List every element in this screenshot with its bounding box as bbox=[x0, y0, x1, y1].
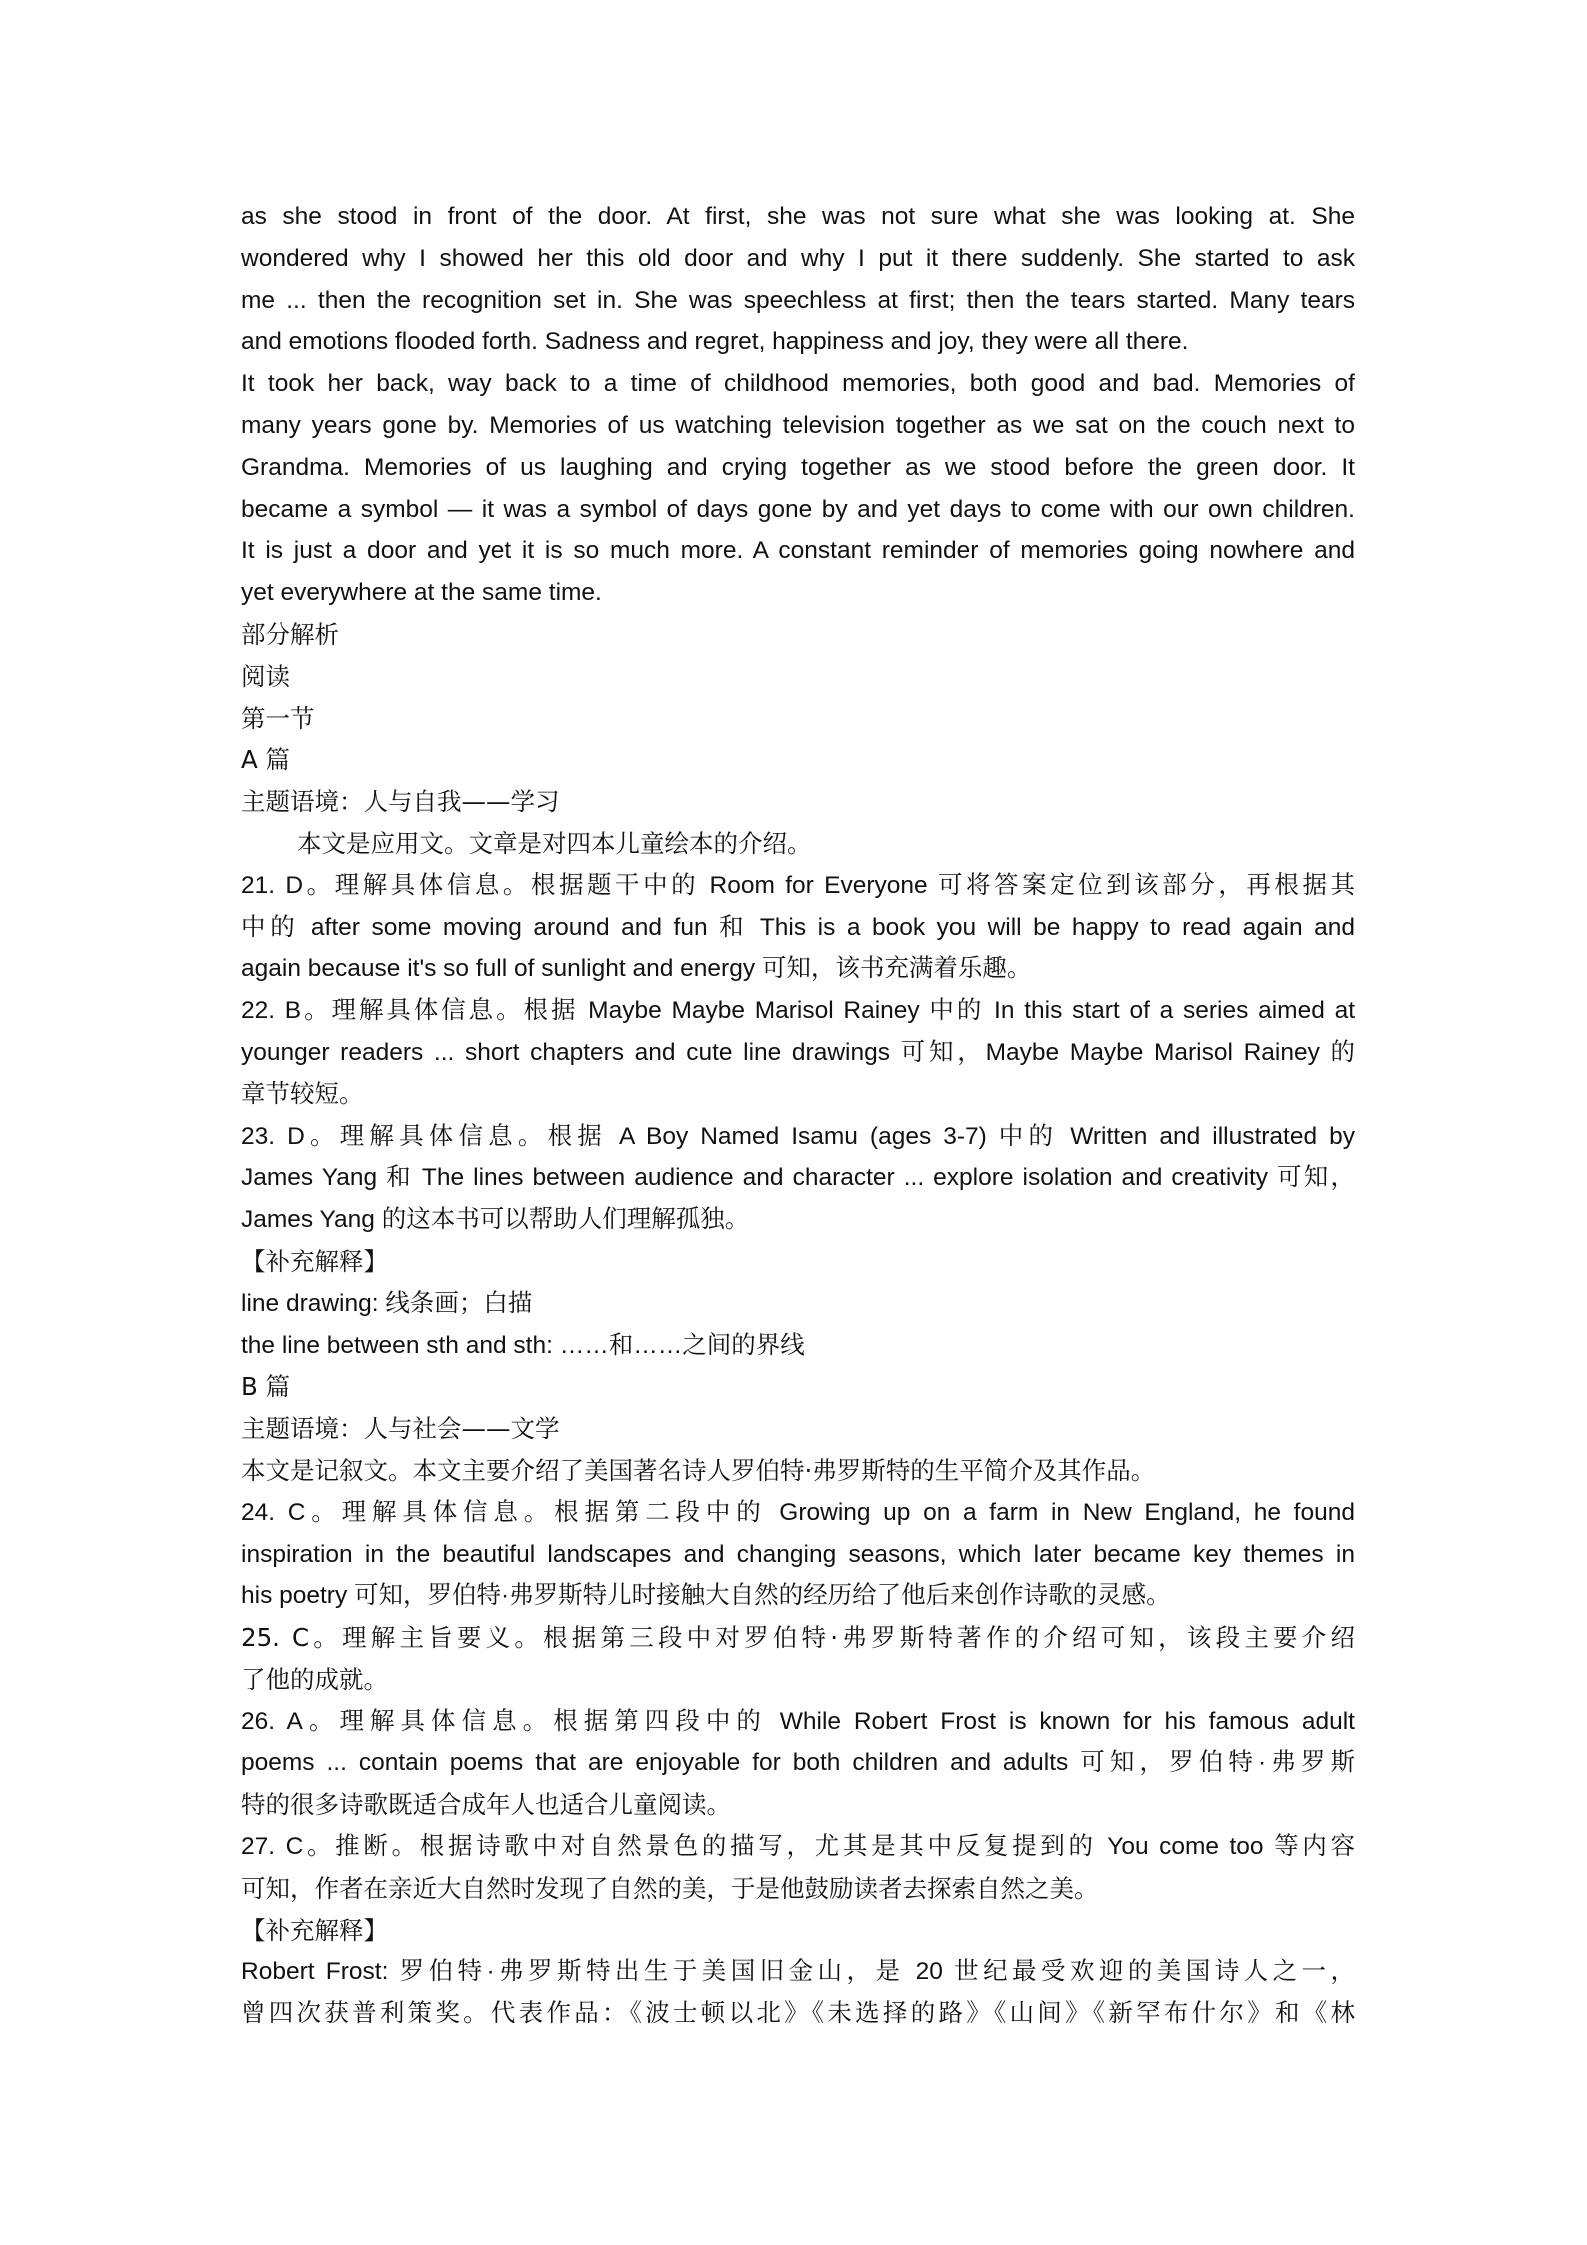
answer-23: 23. D。理解具体信息。根据 A Boy Named Isamu (ages … bbox=[241, 1116, 1355, 1241]
text-line: James Yang 和 The lines between audience … bbox=[241, 1157, 1355, 1199]
passage-b-theme: 主题语境：人与社会——文学 bbox=[241, 1408, 1355, 1450]
document-page: as she stood in front of the door. At fi… bbox=[241, 196, 1355, 2035]
passage-b-title: B 篇 bbox=[241, 1366, 1355, 1408]
heading-reading: 阅读 bbox=[241, 656, 1355, 698]
text-line: wondered why I showed her this old door … bbox=[241, 238, 1355, 280]
supplement-title-a: 【补充解释】 bbox=[241, 1241, 1355, 1283]
passage-b: B 篇 主题语境：人与社会——文学 本文是记叙文。本文主要介绍了美国著名诗人罗伯… bbox=[241, 1366, 1355, 2035]
supplement-title-b: 【补充解释】 bbox=[241, 1910, 1355, 1952]
story-paragraph-2: It took her back, way back to a time of … bbox=[241, 363, 1355, 614]
text-line: me ... then the recognition set in. She … bbox=[241, 280, 1355, 322]
answer-22: 22. B。理解具体信息。根据 Maybe Maybe Marisol Rain… bbox=[241, 990, 1355, 1115]
supplement-line: Robert Frost: 罗伯特·弗罗斯特出生于美国旧金山，是 20 世纪最受… bbox=[241, 1951, 1355, 1993]
text-line: 特的很多诗歌既适合成年人也适合儿童阅读。 bbox=[241, 1784, 1355, 1826]
text-line: 26. A。理解具体信息。根据第四段中的 While Robert Frost … bbox=[241, 1701, 1355, 1743]
supplement-line: 曾四次获普利策奖。代表作品：《波士顿以北》《未选择的路》《山间》《新罕布什尔》和… bbox=[241, 1993, 1355, 2035]
text-line: 可知，作者在亲近大自然时发现了自然的美，于是他鼓励读者去探索自然之美。 bbox=[241, 1868, 1355, 1910]
text-line: again because it's so full of sunlight a… bbox=[241, 948, 1355, 990]
passage-a: A 篇 主题语境：人与自我——学习 本文是应用文。文章是对四本儿童绘本的介绍。 … bbox=[241, 739, 1355, 1366]
text-line: 24. C。理解具体信息。根据第二段中的 Growing up on a far… bbox=[241, 1492, 1355, 1534]
passage-a-theme: 主题语境：人与自我——学习 bbox=[241, 781, 1355, 823]
heading-section-one: 第一节 bbox=[241, 698, 1355, 740]
text-line: 27. C。推断。根据诗歌中对自然景色的描写，尤其是其中反复提到的 You co… bbox=[241, 1826, 1355, 1868]
text-line: It took her back, way back to a time of … bbox=[241, 363, 1355, 405]
text-line: and emotions flooded forth. Sadness and … bbox=[241, 321, 1355, 363]
text-line: 了他的成就。 bbox=[241, 1659, 1355, 1701]
story-paragraph-1: as she stood in front of the door. At fi… bbox=[241, 196, 1355, 363]
text-line: Grandma. Memories of us laughing and cry… bbox=[241, 447, 1355, 489]
text-line: younger readers ... short chapters and c… bbox=[241, 1032, 1355, 1074]
text-line: 23. D。理解具体信息。根据 A Boy Named Isamu (ages … bbox=[241, 1116, 1355, 1158]
text-line: 22. B。理解具体信息。根据 Maybe Maybe Marisol Rain… bbox=[241, 990, 1355, 1032]
supplement-line: line drawing: 线条画；白描 bbox=[241, 1283, 1355, 1325]
text-line: his poetry 可知，罗伯特·弗罗斯特儿时接触大自然的经历给了他后来创作诗… bbox=[241, 1575, 1355, 1617]
answer-26: 26. A。理解具体信息。根据第四段中的 While Robert Frost … bbox=[241, 1701, 1355, 1826]
text-line: 25. C。理解主旨要义。根据第三段中对罗伯特·弗罗斯特著作的介绍可知，该段主要… bbox=[241, 1617, 1355, 1659]
text-line: It is just a door and yet it is so much … bbox=[241, 530, 1355, 572]
passage-a-summary: 本文是应用文。文章是对四本儿童绘本的介绍。 bbox=[241, 823, 1355, 865]
text-line: inspiration in the beautiful landscapes … bbox=[241, 1534, 1355, 1576]
heading-partial-analysis: 部分解析 bbox=[241, 614, 1355, 656]
text-line: 21. D。理解具体信息。根据题干中的 Room for Everyone 可将… bbox=[241, 865, 1355, 907]
supplement-line: the line between sth and sth: ……和……之间的界线 bbox=[241, 1325, 1355, 1367]
text-line: James Yang 的这本书可以帮助人们理解孤独。 bbox=[241, 1199, 1355, 1241]
text-line: many years gone by. Memories of us watch… bbox=[241, 405, 1355, 447]
answer-21: 21. D。理解具体信息。根据题干中的 Room for Everyone 可将… bbox=[241, 865, 1355, 990]
text-line: 中的 after some moving around and fun 和 Th… bbox=[241, 907, 1355, 949]
passage-b-summary: 本文是记叙文。本文主要介绍了美国著名诗人罗伯特·弗罗斯特的生平简介及其作品。 bbox=[241, 1450, 1355, 1492]
answer-27: 27. C。推断。根据诗歌中对自然景色的描写，尤其是其中反复提到的 You co… bbox=[241, 1826, 1355, 1910]
text-line: yet everywhere at the same time. bbox=[241, 572, 1355, 614]
passage-a-title: A 篇 bbox=[241, 739, 1355, 781]
answer-25: 25. C。理解主旨要义。根据第三段中对罗伯特·弗罗斯特著作的介绍可知，该段主要… bbox=[241, 1617, 1355, 1701]
answer-24: 24. C。理解具体信息。根据第二段中的 Growing up on a far… bbox=[241, 1492, 1355, 1617]
text-line: 章节较短。 bbox=[241, 1074, 1355, 1116]
text-line: poems ... contain poems that are enjoyab… bbox=[241, 1742, 1355, 1784]
text-line: as she stood in front of the door. At fi… bbox=[241, 196, 1355, 238]
text-line: became a symbol — it was a symbol of day… bbox=[241, 489, 1355, 531]
